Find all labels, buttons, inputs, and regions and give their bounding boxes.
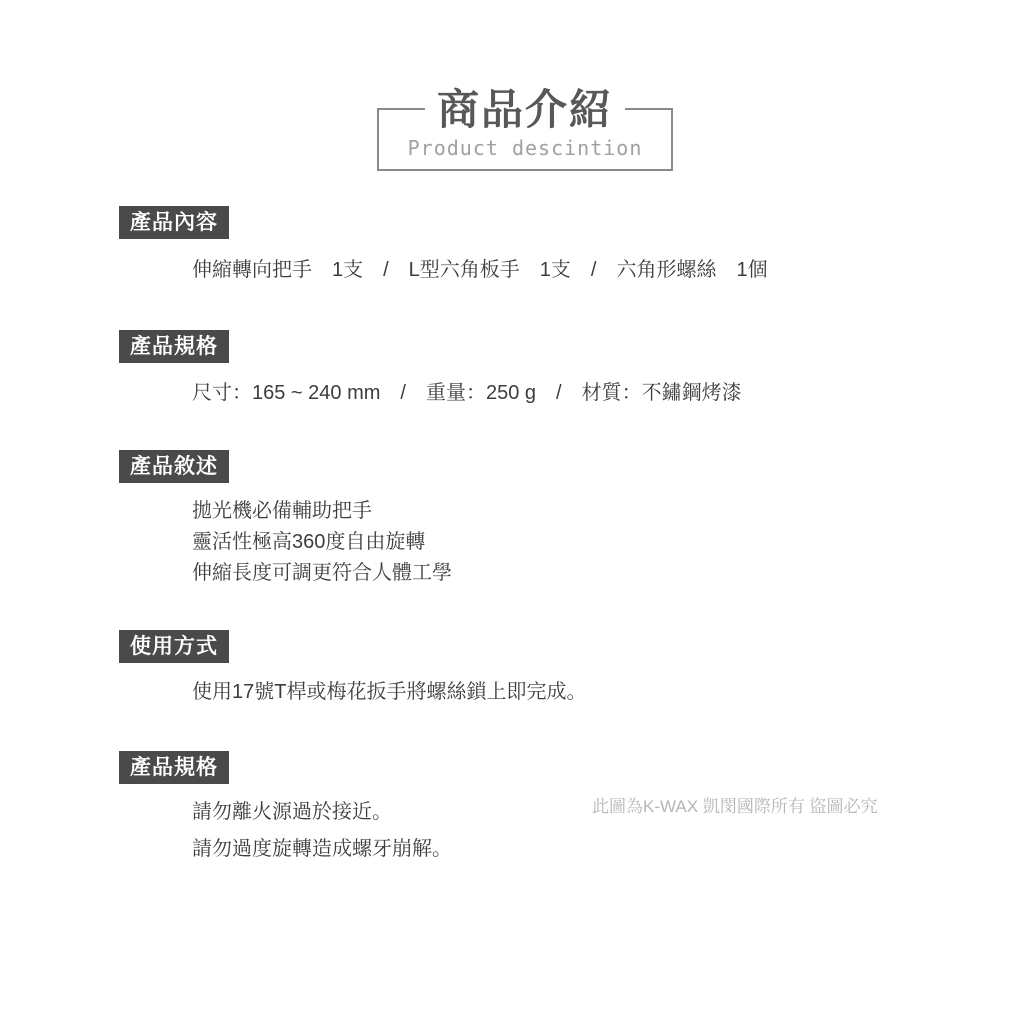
section-header-product-narrative: 產品敘述: [119, 450, 229, 483]
title-frame: 商品介紹 Product descintion: [377, 108, 673, 171]
body-line: 請勿過度旋轉造成螺牙崩解。: [192, 831, 452, 868]
body-line: 伸縮長度可調更符合人體工學: [192, 558, 452, 589]
section-body-product-contents: 伸縮轉向把手 1支 / L型六角板手 1支 / 六角形螺絲 1個: [192, 257, 768, 283]
body-line: 拋光機必備輔助把手: [192, 496, 452, 527]
product-description-page: 商品介紹 Product descintion 產品內容 伸縮轉向把手 1支 /…: [0, 0, 1024, 1024]
body-line: 使用17號T桿或梅花扳手將螺絲鎖上即完成。: [192, 679, 586, 705]
section-header-cautions: 產品規格: [119, 751, 229, 784]
section-header-product-contents: 產品內容: [119, 206, 229, 239]
section-header-product-specs: 產品規格: [119, 330, 229, 363]
body-line: 靈活性極高360度自由旋轉: [192, 527, 452, 558]
body-line: 伸縮轉向把手 1支 / L型六角板手 1支 / 六角形螺絲 1個: [192, 257, 768, 283]
section-header-usage: 使用方式: [119, 630, 229, 663]
section-body-usage: 使用17號T桿或梅花扳手將螺絲鎖上即完成。: [192, 679, 586, 705]
copyright-watermark: 此圖為K-WAX 凱閔國際所有 盜圖必究: [592, 797, 878, 817]
body-line: 尺寸：165 ~ 240 mm / 重量：250 g / 材質：不鏽鋼烤漆: [192, 380, 742, 406]
section-body-product-specs: 尺寸：165 ~ 240 mm / 重量：250 g / 材質：不鏽鋼烤漆: [192, 380, 742, 406]
page-title: 商品介紹: [425, 88, 625, 132]
section-body-cautions: 請勿離火源過於接近。 請勿過度旋轉造成螺牙崩解。: [192, 794, 452, 868]
section-body-product-narrative: 拋光機必備輔助把手 靈活性極高360度自由旋轉 伸縮長度可調更符合人體工學: [192, 496, 452, 589]
page-subtitle: Product descintion: [379, 136, 671, 160]
body-line: 請勿離火源過於接近。: [192, 794, 452, 831]
